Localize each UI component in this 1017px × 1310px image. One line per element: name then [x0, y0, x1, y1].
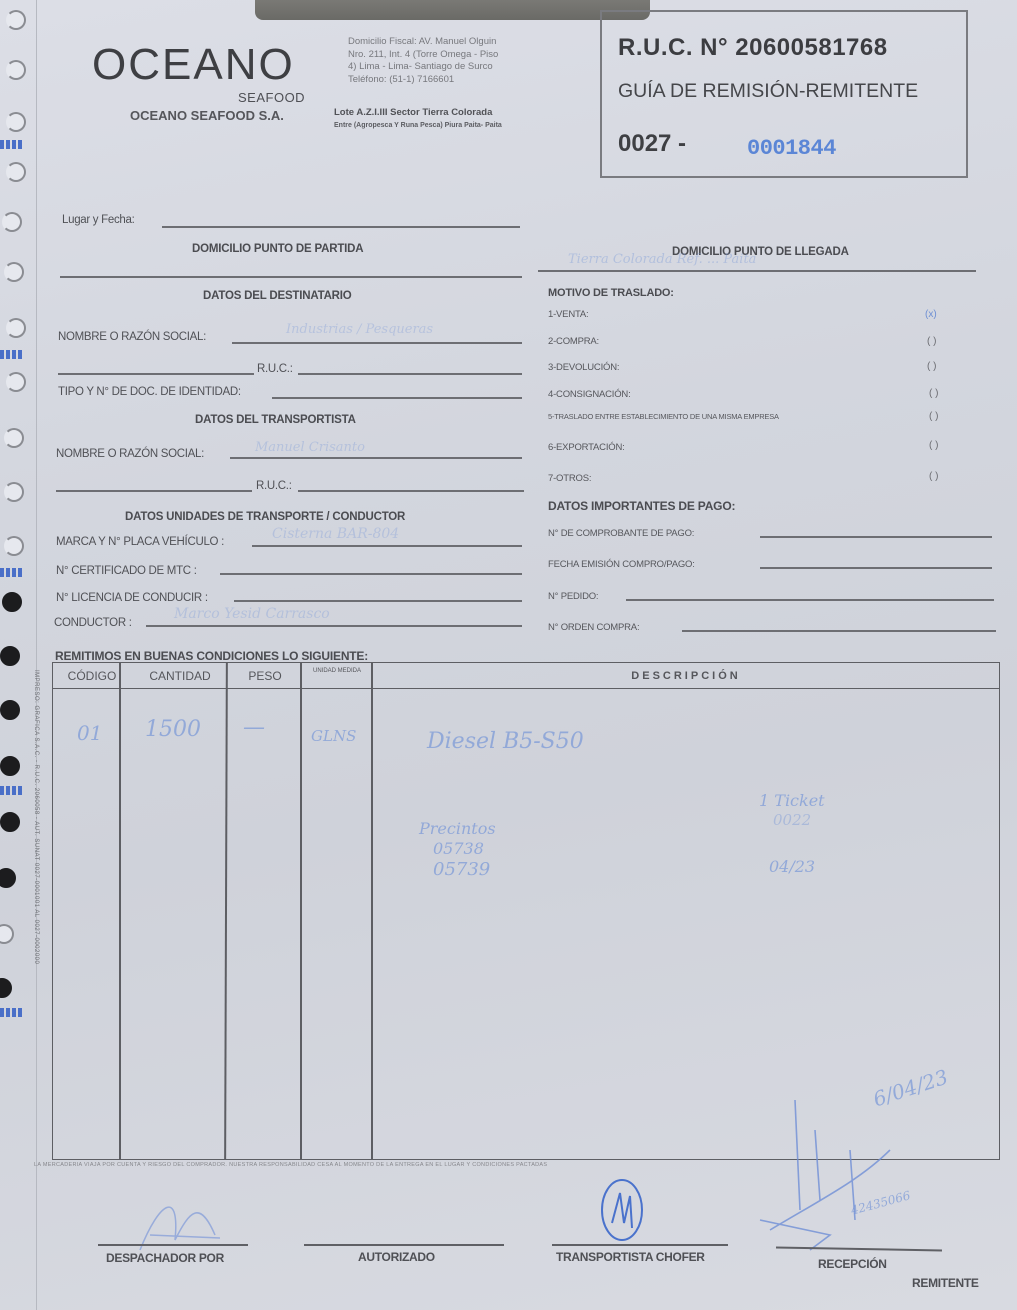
- column-divider: [371, 663, 373, 1159]
- punch-hole: [0, 756, 20, 776]
- llegada-field[interactable]: [538, 270, 976, 272]
- punch-hole: [2, 592, 22, 612]
- document-serie: 0027 -: [618, 130, 686, 158]
- ruc-box: R.U.C. N° 20600581768 GUÍA DE REMISIÓN-R…: [600, 10, 968, 178]
- ruc-number: R.U.C. N° 20600581768: [618, 34, 888, 62]
- punch-hole: [6, 112, 26, 132]
- punch-hole: [0, 868, 16, 888]
- destinatario-ruc-label: R.U.C.:: [257, 363, 293, 375]
- licencia-field[interactable]: [234, 600, 522, 602]
- binder-clip: [255, 0, 650, 20]
- mtc-label: N° CERTIFICADO DE MTC :: [56, 565, 197, 577]
- punch-hole: [0, 700, 20, 720]
- transportista-ruc-field[interactable]: [298, 490, 524, 492]
- motivo-header: MOTIVO DE TRASLADO:: [548, 287, 674, 299]
- motivo-traslado-check[interactable]: ( ): [929, 411, 938, 422]
- punch-hole: [6, 318, 26, 338]
- destinatario-nombre-value: Industrias / Pesqueras: [286, 322, 433, 337]
- destinatario-header: DATOS DEL DESTINATARIO: [203, 290, 352, 302]
- cell-cantidad: 1500: [145, 717, 201, 742]
- pedido-field[interactable]: [626, 599, 994, 601]
- plant-address: Lote A.Z.I.III Sector Tierra Colorada: [334, 107, 492, 118]
- margin-mark: [0, 786, 24, 795]
- motivo-compra: 2-COMPRA:: [548, 336, 599, 347]
- punch-hole: [0, 924, 14, 944]
- col-descripcion: DESCRIPCIÓN: [373, 663, 999, 689]
- signature-line: [552, 1244, 728, 1246]
- punch-hole: [6, 372, 26, 392]
- cell-unidad: GLNS: [311, 727, 356, 745]
- motivo-compra-check[interactable]: ( ): [927, 336, 936, 347]
- recepcion-label: RECEPCIÓN: [818, 1257, 887, 1271]
- destinatario-extra-field[interactable]: [58, 373, 254, 375]
- motivo-devolucion: 3-DEVOLUCIÓN:: [548, 362, 619, 373]
- fecha-emision-field[interactable]: [760, 567, 992, 569]
- unidades-header: DATOS UNIDADES DE TRANSPORTE / CONDUCTOR: [125, 511, 405, 523]
- transportista-nombre-field[interactable]: [230, 457, 522, 459]
- mtc-field[interactable]: [220, 573, 522, 575]
- document-number: 0001844: [747, 136, 836, 161]
- cell-codigo: 01: [77, 721, 102, 745]
- signature-line: [98, 1244, 248, 1246]
- fiscal-address: Domicilio Fiscal: AV. Manuel Olguin Nro.…: [348, 36, 598, 86]
- motivo-otros: 7-OTROS:: [548, 473, 591, 484]
- punch-hole: [2, 212, 22, 232]
- fecha-emision-label: FECHA EMISIÓN COMPRO/PAGO:: [548, 559, 695, 570]
- partida-field[interactable]: [60, 276, 522, 278]
- comprobante-label: N° DE COMPROBANTE DE PAGO:: [548, 528, 694, 539]
- margin-mark: [0, 140, 24, 149]
- marca-label: MARCA Y N° PLACA VEHÍCULO :: [56, 536, 224, 548]
- destinatario-nombre-label: NOMBRE O RAZÓN SOCIAL:: [58, 331, 206, 343]
- punch-hole: [0, 978, 12, 998]
- table-title: REMITIMOS EN BUENAS CONDICIONES LO SIGUI…: [55, 649, 368, 663]
- col-unidad: UNIDAD MEDIDA: [301, 663, 373, 689]
- motivo-consignacion: 4-CONSIGNACIÓN:: [548, 389, 631, 400]
- pedido-label: N° PEDIDO:: [548, 591, 598, 602]
- punch-hole: [4, 262, 24, 282]
- signature-despachador: [120, 1180, 250, 1260]
- note-ticket-number: 0022: [773, 811, 811, 829]
- signature-line: [304, 1244, 504, 1246]
- pago-header: DATOS IMPORTANTES DE PAGO:: [548, 499, 735, 513]
- llegada-value: Tierra Colorada Ref. ... Paita: [568, 252, 756, 267]
- transportista-chofer-label: TRANSPORTISTA CHOFER: [556, 1250, 705, 1264]
- signature-transportista: [590, 1178, 660, 1248]
- signature-recepcion: [740, 1090, 940, 1260]
- lugar-fecha-label: Lugar y Fecha:: [62, 214, 135, 226]
- punch-hole: [6, 162, 26, 182]
- motivo-exportacion-check[interactable]: ( ): [929, 440, 938, 451]
- punch-hole: [4, 428, 24, 448]
- margin-mark: [0, 1008, 24, 1017]
- punch-hole: [6, 60, 26, 80]
- col-cantidad: CANTIDAD: [131, 663, 229, 689]
- tipo-doc-label: TIPO Y N° DE DOC. DE IDENTIDAD:: [58, 386, 241, 398]
- comprobante-field[interactable]: [760, 536, 992, 538]
- cell-descripcion: Diesel B5-S50: [427, 729, 584, 754]
- goods-table: CÓDIGO CANTIDAD PESO UNIDAD MEDIDA DESCR…: [52, 662, 1000, 1160]
- transportista-header: DATOS DEL TRANSPORTISTA: [195, 414, 356, 426]
- logo-subtitle: SEAFOOD: [238, 90, 305, 105]
- tipo-doc-field[interactable]: [272, 397, 522, 399]
- punch-hole: [4, 482, 24, 502]
- note-ticket-date: 04/23: [769, 857, 815, 876]
- printer-imprint: IMPRESO: GRAFICA S.A.C. - R.U.C. 2060058…: [27, 670, 39, 1160]
- document-type: GUÍA DE REMISIÓN-REMITENTE: [618, 80, 918, 103]
- motivo-otros-check[interactable]: ( ): [929, 471, 938, 482]
- motivo-venta: 1-VENTA:: [548, 309, 588, 320]
- partida-header: DOMICILIO PUNTO DE PARTIDA: [192, 243, 363, 255]
- punch-hole: [0, 646, 20, 666]
- note-precintos: Precintos: [419, 819, 496, 838]
- col-peso: PESO: [229, 663, 301, 689]
- note-ticket: 1 Ticket: [759, 791, 825, 810]
- column-divider: [300, 663, 302, 1159]
- conductor-field[interactable]: [146, 625, 522, 627]
- transportista-extra-field[interactable]: [56, 490, 252, 492]
- conductor-label: CONDUCTOR :: [54, 617, 132, 629]
- orden-field[interactable]: [682, 630, 996, 632]
- licencia-label: N° LICENCIA DE CONDUCIR :: [56, 592, 208, 604]
- despachador-label: DESPACHADOR POR: [106, 1251, 224, 1265]
- margin-mark: [0, 350, 24, 359]
- autorizado-label: AUTORIZADO: [358, 1250, 435, 1264]
- punch-hole: [6, 10, 26, 30]
- note-precinto-1: 05738: [433, 839, 484, 858]
- motivo-devolucion-check[interactable]: ( ): [927, 361, 936, 372]
- punch-hole: [0, 812, 20, 832]
- punch-hole: [4, 536, 24, 556]
- marca-field[interactable]: [252, 545, 522, 547]
- motivo-exportacion: 6-EXPORTACIÓN:: [548, 442, 625, 453]
- motivo-traslado: 5-TRASLADO ENTRE ESTABLECIMIENTO DE UNA …: [548, 412, 779, 421]
- note-precinto-2: 05739: [433, 859, 490, 880]
- conductor-value: Marco Yesid Carrasco: [174, 606, 330, 622]
- motivo-venta-check[interactable]: (x): [925, 309, 937, 320]
- destinatario-nombre-field[interactable]: [232, 342, 522, 344]
- margin-mark: [0, 568, 24, 577]
- motivo-consignacion-check[interactable]: ( ): [929, 388, 938, 399]
- disclaimer: LA MERCADERIA VIAJA POR CUENTA Y RIESGO …: [34, 1162, 547, 1168]
- company-name: OCEANO SEAFOOD S.A.: [130, 108, 284, 123]
- company-logo: OCEANO: [92, 40, 295, 90]
- transportista-nombre-label: NOMBRE O RAZÓN SOCIAL:: [56, 448, 204, 460]
- transportista-ruc-label: R.U.C.:: [256, 480, 292, 492]
- column-divider: [224, 663, 227, 1159]
- copy-label: REMITENTE: [912, 1276, 979, 1290]
- marca-value: Cisterna BAR-804: [272, 526, 399, 542]
- column-divider: [119, 663, 121, 1159]
- lugar-fecha-field[interactable]: [162, 226, 520, 228]
- orden-label: N° ORDEN COMPRA:: [548, 622, 639, 633]
- transportista-nombre-value: Manuel Crisanto: [255, 440, 365, 455]
- plant-address-detail: Entre (Agropesca Y Runa Pesca) Piura Pai…: [334, 122, 502, 129]
- destinatario-ruc-field[interactable]: [298, 373, 522, 375]
- cell-peso: —: [243, 715, 265, 740]
